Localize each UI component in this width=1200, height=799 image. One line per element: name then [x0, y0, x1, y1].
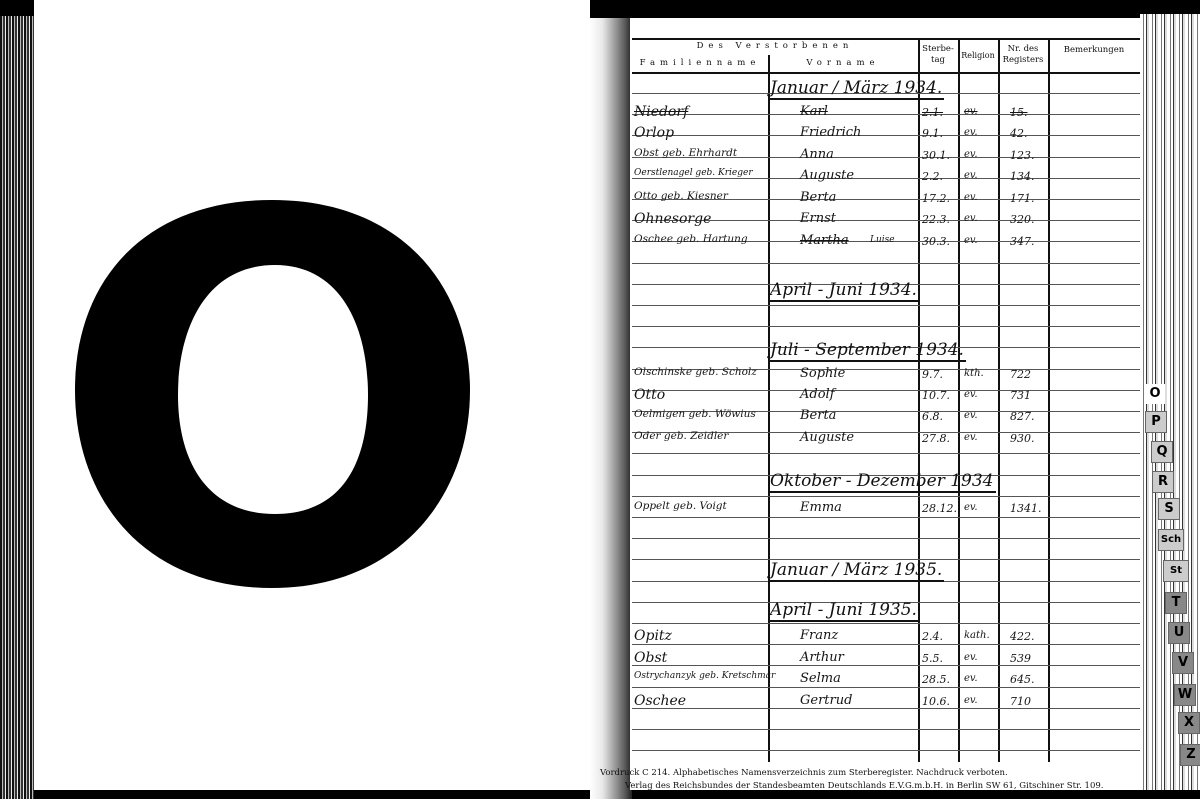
footer-imprint-line2: Verlag des Reichsbundes der Standesbeamt…: [625, 781, 1103, 791]
book-gutter: [590, 0, 632, 799]
entry-register-nr: 320.: [1010, 213, 1035, 226]
ruled-line: [632, 729, 1140, 730]
entry-religion: ev.: [964, 235, 978, 246]
ruled-line: [632, 135, 1140, 136]
entry-familienname: Oschee: [634, 693, 686, 709]
entry-vorname: Selma: [800, 671, 841, 686]
column-divider: [768, 55, 770, 762]
entry-religion: ev.: [964, 170, 978, 181]
index-tab-o[interactable]: O: [1145, 384, 1165, 404]
ruled-line: [632, 305, 1140, 306]
header-religion: Religion: [958, 50, 998, 61]
index-tab-s[interactable]: S: [1158, 498, 1180, 520]
entry-sterbetag: 2.1.: [922, 106, 943, 119]
entry-religion: ev.: [964, 389, 978, 400]
entry-sterbetag: 6.8.: [922, 410, 943, 423]
entry-sterbetag: 28.5.: [922, 673, 950, 686]
index-tab-q[interactable]: Q: [1151, 441, 1173, 463]
entry-sterbetag: 9.7.: [922, 368, 943, 381]
ruled-line: [632, 665, 1140, 666]
entry-vorname: Adolf: [800, 387, 835, 402]
entry-register-nr: 15.: [1010, 106, 1028, 119]
index-tab-p[interactable]: P: [1145, 411, 1167, 433]
table-top-rule: [632, 38, 1140, 40]
entry-vorname: Emma: [800, 500, 842, 515]
ruled-line: [632, 644, 1140, 645]
header-register-nr: Nr. des Registers: [998, 44, 1048, 66]
entry-vorname: Sophie: [800, 366, 845, 381]
entry-register-nr: 731: [1010, 389, 1031, 402]
index-tab-v[interactable]: V: [1172, 652, 1194, 674]
entry-sterbetag: 10.7.: [922, 389, 950, 402]
header-sterbetag: Sterbe-tag: [918, 44, 958, 66]
entry-sterbetag: 17.2.: [922, 192, 950, 205]
entry-sterbetag: 5.5.: [922, 652, 943, 665]
entry-vorname: Berta: [800, 408, 836, 423]
index-tab-t[interactable]: T: [1165, 592, 1187, 614]
entry-familienname: Otto geb. Kiesner: [634, 190, 728, 202]
entry-religion: ev.: [964, 673, 978, 684]
entry-religion: ev.: [964, 502, 978, 513]
column-divider: [998, 38, 1000, 762]
entry-vorname: Arthur: [800, 650, 844, 665]
entry-register-nr: 1341.: [1010, 502, 1042, 515]
ruled-line: [632, 326, 1140, 327]
entry-familienname: Olschinske geb. Scholz: [634, 366, 757, 378]
index-tab-x[interactable]: X: [1178, 712, 1200, 734]
entry-register-nr: 347.: [1010, 235, 1035, 248]
period-heading: Januar / März 1935.: [768, 560, 944, 582]
entry-religion: ev.: [964, 432, 978, 443]
index-tab-z[interactable]: Z: [1180, 744, 1200, 766]
entry-sterbetag: 30.3.: [922, 235, 950, 248]
column-divider: [958, 38, 960, 762]
period-heading: April - Juni 1934.: [768, 280, 919, 302]
entry-religion: ev.: [964, 192, 978, 203]
entry-religion: kth.: [964, 368, 984, 379]
entry-familienname: Opitz: [634, 628, 672, 644]
entry-familienname: Orlop: [634, 125, 674, 141]
entry-familienname: Oppelt geb. Voigt: [634, 500, 727, 512]
index-tab-sch[interactable]: Sch: [1158, 529, 1184, 551]
ruled-line: [632, 263, 1140, 264]
entry-vorname: Berta: [800, 190, 836, 205]
entry-register-nr: 930.: [1010, 432, 1035, 445]
period-heading: Januar / März 1934.: [768, 78, 944, 100]
header-vorname: Vorname: [768, 58, 918, 69]
header-bemerkungen: Bemerkungen: [1048, 45, 1140, 56]
ruled-line: [632, 453, 1140, 454]
entry-sterbetag: 10.6.: [922, 695, 950, 708]
period-heading: Juli - September 1934.: [768, 340, 966, 362]
entry-religion: ev.: [964, 410, 978, 421]
book-binding-left: [0, 0, 34, 799]
entry-register-nr: 645.: [1010, 673, 1035, 686]
ruled-line: [632, 114, 1140, 115]
entry-register-nr: 42.: [1010, 127, 1028, 140]
entry-religion: ev.: [964, 149, 978, 160]
entry-vorname: Auguste: [800, 430, 854, 445]
ruled-line: [632, 687, 1140, 688]
entry-familienname: Ohnesorge: [634, 211, 711, 227]
period-heading: Oktober - Dezember 1934: [768, 471, 996, 493]
entry-religion: ev.: [964, 127, 978, 138]
ruled-line: [632, 538, 1140, 539]
index-tab-w[interactable]: W: [1174, 684, 1196, 706]
index-tab-st[interactable]: St: [1163, 560, 1189, 582]
index-letter-o: O: [75, 200, 470, 588]
entry-vorname: Ernst: [800, 211, 836, 226]
entry-familienname: Obst: [634, 650, 667, 666]
entry-familienname: Otto: [634, 387, 665, 403]
ruled-line: [632, 623, 1140, 624]
column-divider: [1048, 38, 1050, 762]
entry-sterbetag: 2.4.: [922, 630, 943, 643]
entry-familienname: Oschee geb. Hartung: [634, 233, 748, 245]
entry-register-nr: 134.: [1010, 170, 1035, 183]
entry-register-nr: 171.: [1010, 192, 1035, 205]
entry-register-nr: 722: [1010, 368, 1031, 381]
header-group-title: Des Verstorbenen: [632, 41, 918, 52]
entry-register-nr: 827.: [1010, 410, 1035, 423]
entry-vorname: Franz: [800, 628, 838, 643]
index-tab-u[interactable]: U: [1168, 622, 1190, 644]
entry-register-nr: 422.: [1010, 630, 1035, 643]
header-bottom-rule: [632, 72, 1140, 74]
entry-register-nr: 539: [1010, 652, 1031, 665]
entry-vorname: Auguste: [800, 168, 854, 183]
entry-vorname: Martha: [800, 233, 849, 248]
ruled-line: [632, 178, 1140, 179]
header-familienname: Familienname: [632, 58, 768, 69]
index-tab-r[interactable]: R: [1152, 471, 1174, 493]
entry-sterbetag: 30.1.: [922, 149, 950, 162]
entry-sterbetag: 2.2.: [922, 170, 943, 183]
entry-familienname: Oder geb. Zeidler: [634, 430, 728, 442]
entry-familienname: Oerstlenagel geb. Krieger: [634, 168, 753, 178]
column-divider: [918, 38, 920, 762]
ruled-line: [632, 708, 1140, 709]
entry-sterbetag: 27.8.: [922, 432, 950, 445]
entry-vorname-correction: Luise: [870, 235, 895, 245]
entry-familienname: Ostrychanzyk geb. Kretschmar: [634, 671, 775, 681]
entry-religion: ev.: [964, 652, 978, 663]
entry-familienname: Oelmigen geb. Wöwius: [634, 408, 756, 420]
entry-familienname: Obst geb. Ehrhardt: [634, 147, 737, 159]
ruled-line: [632, 496, 1140, 497]
entry-sterbetag: 9.1.: [922, 127, 943, 140]
entry-religion: ev.: [964, 106, 978, 117]
footer-imprint-line1: Vordruck C 214. Alphabetisches Namensver…: [600, 768, 1008, 778]
scan-border: [0, 0, 34, 16]
entry-register-nr: 123.: [1010, 149, 1035, 162]
entry-familienname: Niedorf: [634, 104, 688, 120]
scan-border: [590, 0, 1200, 18]
ruled-line: [632, 517, 1140, 518]
entry-religion: kath.: [964, 630, 990, 641]
ruled-line: [632, 390, 1140, 391]
ruled-line: [632, 750, 1140, 751]
entry-religion: ev.: [964, 213, 978, 224]
entry-vorname: Friedrich: [800, 125, 861, 140]
entry-register-nr: 710: [1010, 695, 1031, 708]
entry-sterbetag: 28.12.: [922, 502, 957, 515]
entry-vorname: Anna: [800, 147, 834, 162]
entry-religion: ev.: [964, 695, 978, 706]
entry-sterbetag: 22.3.: [922, 213, 950, 226]
period-heading: April - Juni 1935.: [768, 600, 919, 622]
entry-vorname: Gertrud: [800, 693, 852, 708]
entry-vorname: Karl: [800, 104, 828, 119]
